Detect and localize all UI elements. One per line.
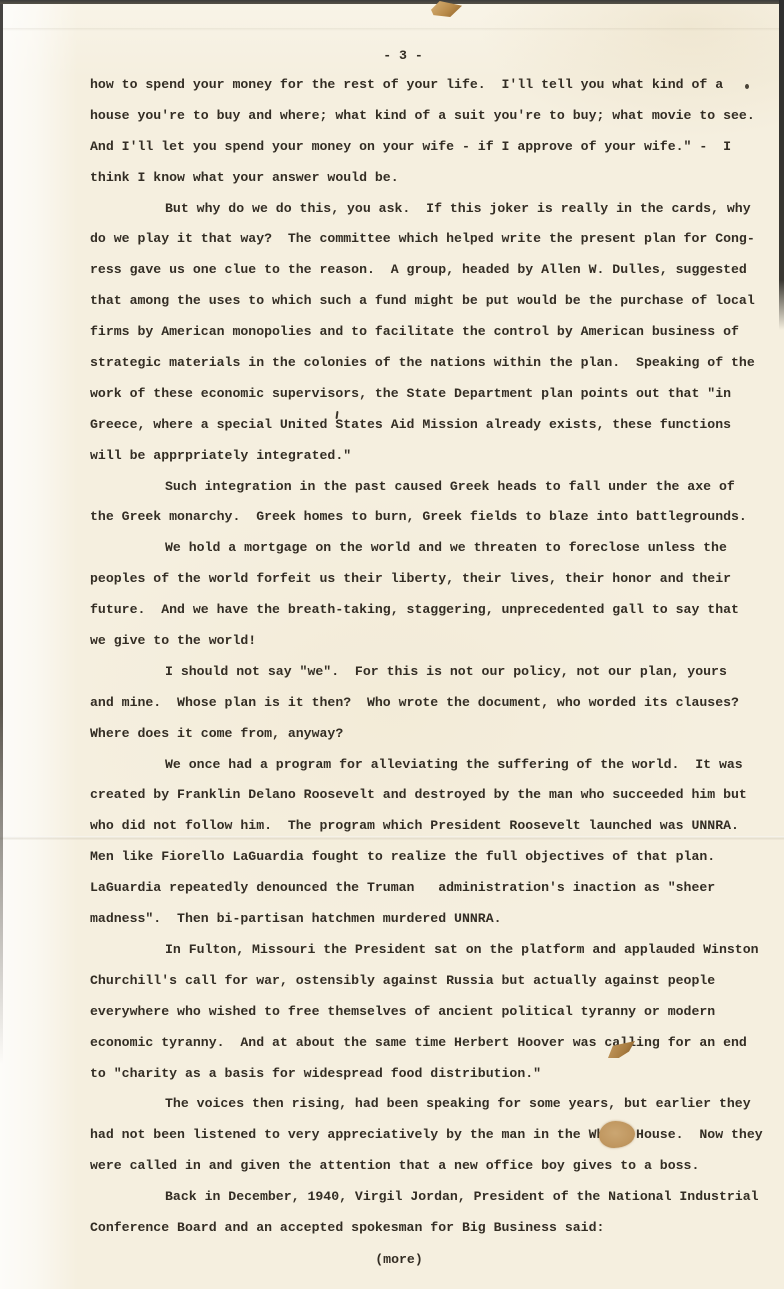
text-line: think I know what your answer would be. (90, 163, 780, 194)
text-line: house you're to buy and where; what kind… (90, 101, 780, 132)
text-line: Greece, where a special United States Ai… (90, 410, 780, 441)
text-line: Churchill's call for war, ostensibly aga… (90, 966, 780, 997)
more-indicator: (more) (0, 1244, 784, 1275)
fold-crease-top (0, 28, 784, 31)
text-line: ress gave us one clue to the reason. A g… (90, 255, 780, 286)
text-line: strategic materials in the colonies of t… (90, 348, 780, 379)
scanned-page: - 3 - how to spend your money for the re… (0, 0, 784, 1289)
text-line: madness". Then bi-partisan hatchmen murd… (90, 904, 780, 935)
document-body-text: how to spend your money for the rest of … (90, 70, 780, 1244)
text-line: had not been listened to very appreciati… (90, 1120, 780, 1151)
stray-ink-dot (745, 84, 749, 89)
text-line: In Fulton, Missouri the President sat on… (90, 935, 780, 966)
text-line: Men like Fiorello LaGuardia fought to re… (90, 842, 780, 873)
text-line: we give to the world! (90, 626, 780, 657)
scan-edge-top (0, 0, 784, 4)
text-line: But why do we do this, you ask. If this … (90, 194, 780, 225)
text-line: Back in December, 1940, Virgil Jordan, P… (90, 1182, 780, 1213)
text-line: created by Franklin Delano Roosevelt and… (90, 780, 780, 811)
text-line: Such integration in the past caused Gree… (90, 472, 780, 503)
text-line: We hold a mortgage on the world and we t… (90, 533, 780, 564)
text-line: And I'll let you spend your money on you… (90, 132, 780, 163)
text-line: firms by American monopolies and to faci… (90, 317, 780, 348)
text-line: Conference Board and an accepted spokesm… (90, 1213, 780, 1244)
text-line: who did not follow him. The program whic… (90, 811, 780, 842)
text-line: I should not say "we". For this is not o… (90, 657, 780, 688)
text-line: the Greek monarchy. Greek homes to burn,… (90, 502, 780, 533)
text-line: We once had a program for alleviating th… (90, 750, 780, 781)
text-line: and mine. Whose plan is it then? Who wro… (90, 688, 780, 719)
text-line: how to spend your money for the rest of … (90, 70, 780, 101)
text-line: LaGuardia repeatedly denounced the Truma… (90, 873, 780, 904)
text-line: do we play it that way? The committee wh… (90, 224, 780, 255)
text-line: economic tyranny. And at about the same … (90, 1028, 780, 1059)
text-line: will be apprpriately integrated." (90, 441, 780, 472)
text-line: The voices then rising, had been speakin… (90, 1089, 780, 1120)
page-number: - 3 - (0, 40, 784, 71)
text-line: Where does it come from, anyway? (90, 719, 780, 750)
scan-edge-left (0, 4, 3, 1064)
text-line: peoples of the world forfeit us their li… (90, 564, 780, 595)
text-line: to "charity as a basis for widespread fo… (90, 1059, 780, 1090)
text-line: work of these economic supervisors, the … (90, 379, 780, 410)
scan-edge-right (779, 0, 784, 330)
text-line: future. And we have the breath-taking, s… (90, 595, 780, 626)
text-line: everywhere who wished to free themselves… (90, 997, 780, 1028)
text-line: were called in and given the attention t… (90, 1151, 780, 1182)
text-line: that among the uses to which such a fund… (90, 286, 780, 317)
